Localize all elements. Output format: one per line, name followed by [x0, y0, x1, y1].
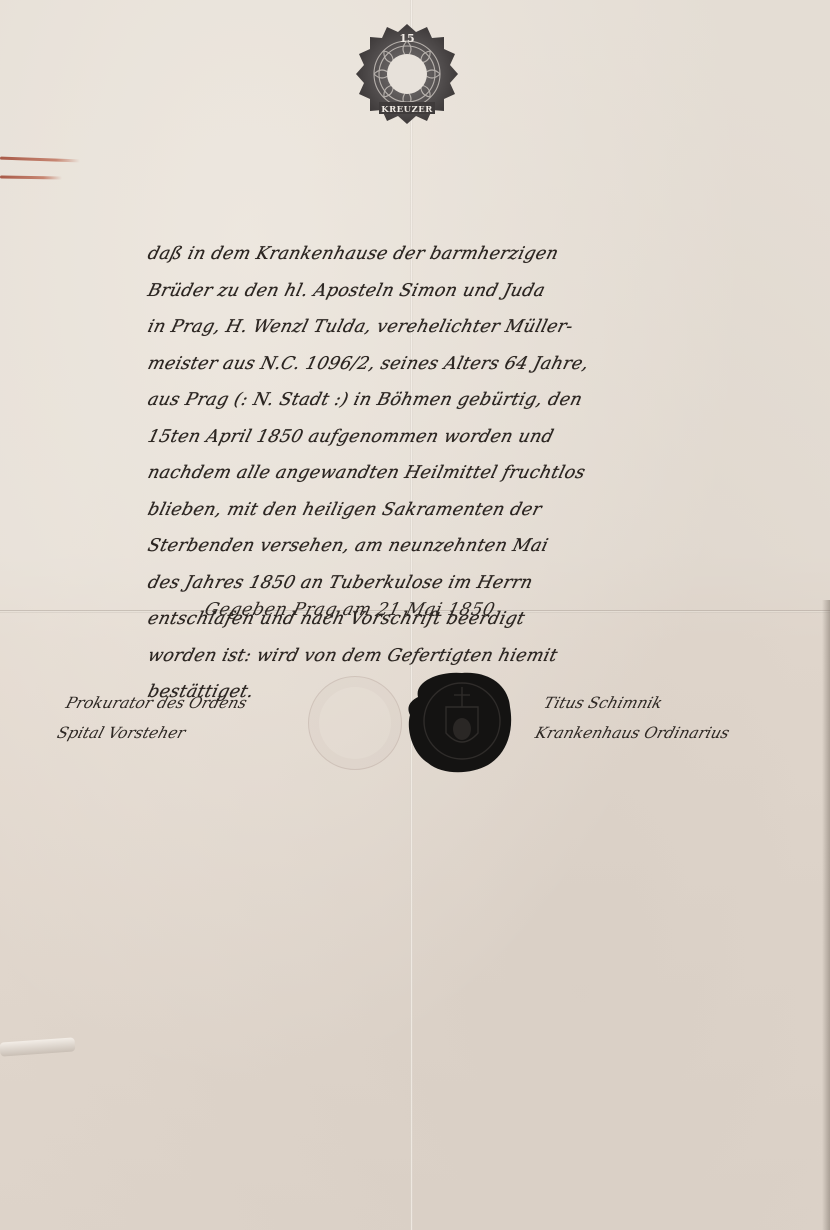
body-line: blieben, mit den heiligen Sakramenten de… [143, 492, 828, 529]
document-page: 15 KREUZER daß in dem Krankenhause der b… [0, 0, 830, 1230]
wax-seal-icon [400, 667, 515, 777]
body-line: Sterbenden versehen, am neunzehnten Mai [143, 528, 828, 565]
paper-crease [0, 1037, 75, 1056]
svg-text:15: 15 [399, 32, 414, 45]
body-line: in Prag, H. Wenzl Tulda, verehelichter M… [143, 309, 828, 346]
signature-right-line: Krankenhaus Ordinarius [531, 718, 733, 748]
body-line: nachdem alle angewandten Heilmittel fruc… [143, 455, 828, 492]
signature-left-line: Spital Vorsteher [53, 718, 242, 748]
signature-left: Prokurator des Ordens Spital Vorsteher [53, 688, 250, 748]
wax-seal [400, 667, 515, 777]
faded-blind-stamp [308, 676, 402, 770]
body-line: Brüder zu den hl. Aposteln Simon und Jud… [143, 273, 828, 310]
paper-tear-stain [0, 175, 62, 179]
revenue-stamp-15-kreuzer: 15 KREUZER [352, 22, 462, 126]
issue-date-line: Gegeben Prag am 21 Mai 1850 [203, 600, 498, 620]
body-line: daß in dem Krankenhause der barmherzigen [143, 236, 828, 273]
paper-tear-stain [0, 157, 80, 163]
kreuzer-stamp-icon: 15 KREUZER [352, 22, 462, 126]
signature-left-line: Prokurator des Ordens [62, 688, 251, 718]
signature-right: Titus Schimnik Krankenhaus Ordinarius [531, 688, 742, 748]
signature-right-line: Titus Schimnik [540, 688, 742, 718]
body-line: des Jahres 1850 an Tuberkulose im Herrn [143, 565, 828, 602]
body-line: meister aus N.C. 1096/2, seines Alters 6… [143, 346, 828, 383]
body-line: aus Prag (: N. Stadt :) in Böhmen gebürt… [143, 382, 828, 419]
svg-text:KREUZER: KREUZER [381, 105, 433, 115]
body-line: 15ten April 1850 aufgenommen worden und [143, 419, 828, 456]
certificate-body-text: daß in dem Krankenhause der barmherzigen… [148, 236, 824, 711]
